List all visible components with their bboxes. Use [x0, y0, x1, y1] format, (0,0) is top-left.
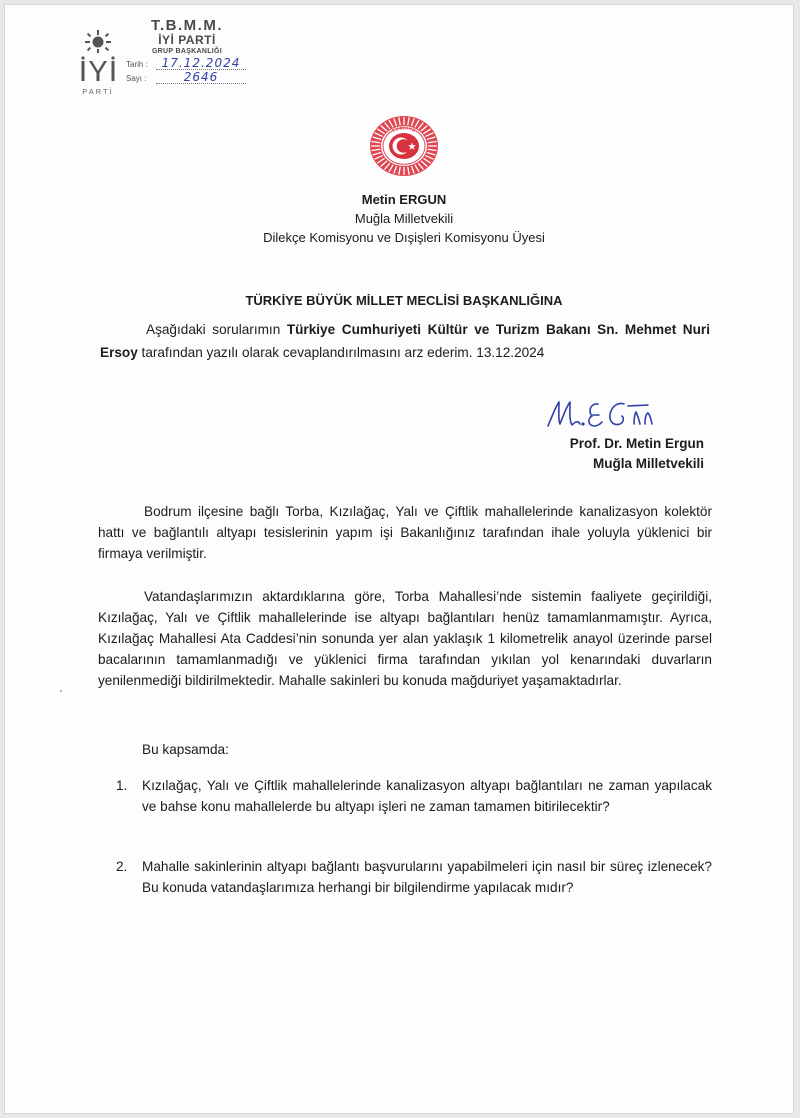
date-value: 17.12.2024	[156, 57, 246, 70]
sender-name: Metin ERGUN	[4, 190, 800, 209]
handwritten-signature-icon	[542, 394, 692, 434]
document-page: PARTİ T.B.M.M. İYİ PARTİ GRUP BAŞKANLIĞI…	[4, 4, 794, 1114]
svg-text:PARTİ: PARTİ	[82, 87, 113, 96]
question-text: Kızılağaç, Yalı ve Çiftlik mahallelerind…	[142, 775, 712, 817]
number-value: 2646	[156, 71, 246, 84]
scan-speck	[60, 690, 62, 692]
stamp-title: T.B.M.M.	[122, 18, 252, 34]
registry-stamp: T.B.M.M. İYİ PARTİ GRUP BAŞKANLIĞI Tarih…	[122, 18, 252, 84]
signer-title: Muğla Milletvekili	[504, 454, 704, 474]
signer-block: Prof. Dr. Metin Ergun Muğla Milletvekili	[504, 434, 704, 474]
signer-name: Prof. Dr. Metin Ergun	[504, 434, 704, 454]
sender-committees: Dilekçe Komisyonu ve Dışişleri Komisyonu…	[4, 228, 800, 247]
stamp-number-row: Sayı : 2646	[126, 71, 252, 84]
number-label: Sayı :	[126, 74, 156, 84]
stamp-party: İYİ PARTİ	[122, 34, 252, 47]
body-paragraph: Vatandaşlarımızın aktardıklarına göre, T…	[98, 586, 712, 691]
sender-block: Metin ERGUN Muğla Milletvekili Dilekçe K…	[4, 190, 800, 247]
intro-text: Aşağıdaki sorularımın	[146, 322, 287, 337]
scope-intro: Bu kapsamda:	[142, 742, 229, 757]
intro-paragraph: Aşağıdaki sorularımın Türkiye Cumhuriyet…	[100, 318, 710, 364]
stamp-date-row: Tarih : 17.12.2024	[126, 57, 252, 70]
sun-icon: PARTİ	[76, 28, 120, 98]
iyi-party-logo: PARTİ	[76, 28, 120, 98]
question-number: 2.	[116, 856, 142, 898]
question-item: 2. Mahalle sakinlerinin altyapı bağlantı…	[116, 856, 712, 898]
intro-text-end: tarafından yazılı olarak cevaplandırılma…	[138, 345, 545, 360]
stamp-office: GRUP BAŞKANLIĞI	[122, 47, 252, 56]
question-item: 1. Kızılağaç, Yalı ve Çiftlik mahalleler…	[116, 775, 712, 817]
body-paragraph: Bodrum ilçesine bağlı Torba, Kızılağaç, …	[98, 501, 712, 564]
question-text: Mahalle sakinlerinin altyapı bağlantı ba…	[142, 856, 712, 898]
date-label: Tarih :	[126, 60, 156, 70]
sender-role: Muğla Milletvekili	[4, 209, 800, 228]
question-number: 1.	[116, 775, 142, 817]
tbmm-seal-icon: TÜRKİYE	[368, 115, 440, 177]
addressee-heading: TÜRKİYE BÜYÜK MİLLET MECLİSİ BAŞKANLIĞIN…	[4, 293, 800, 308]
